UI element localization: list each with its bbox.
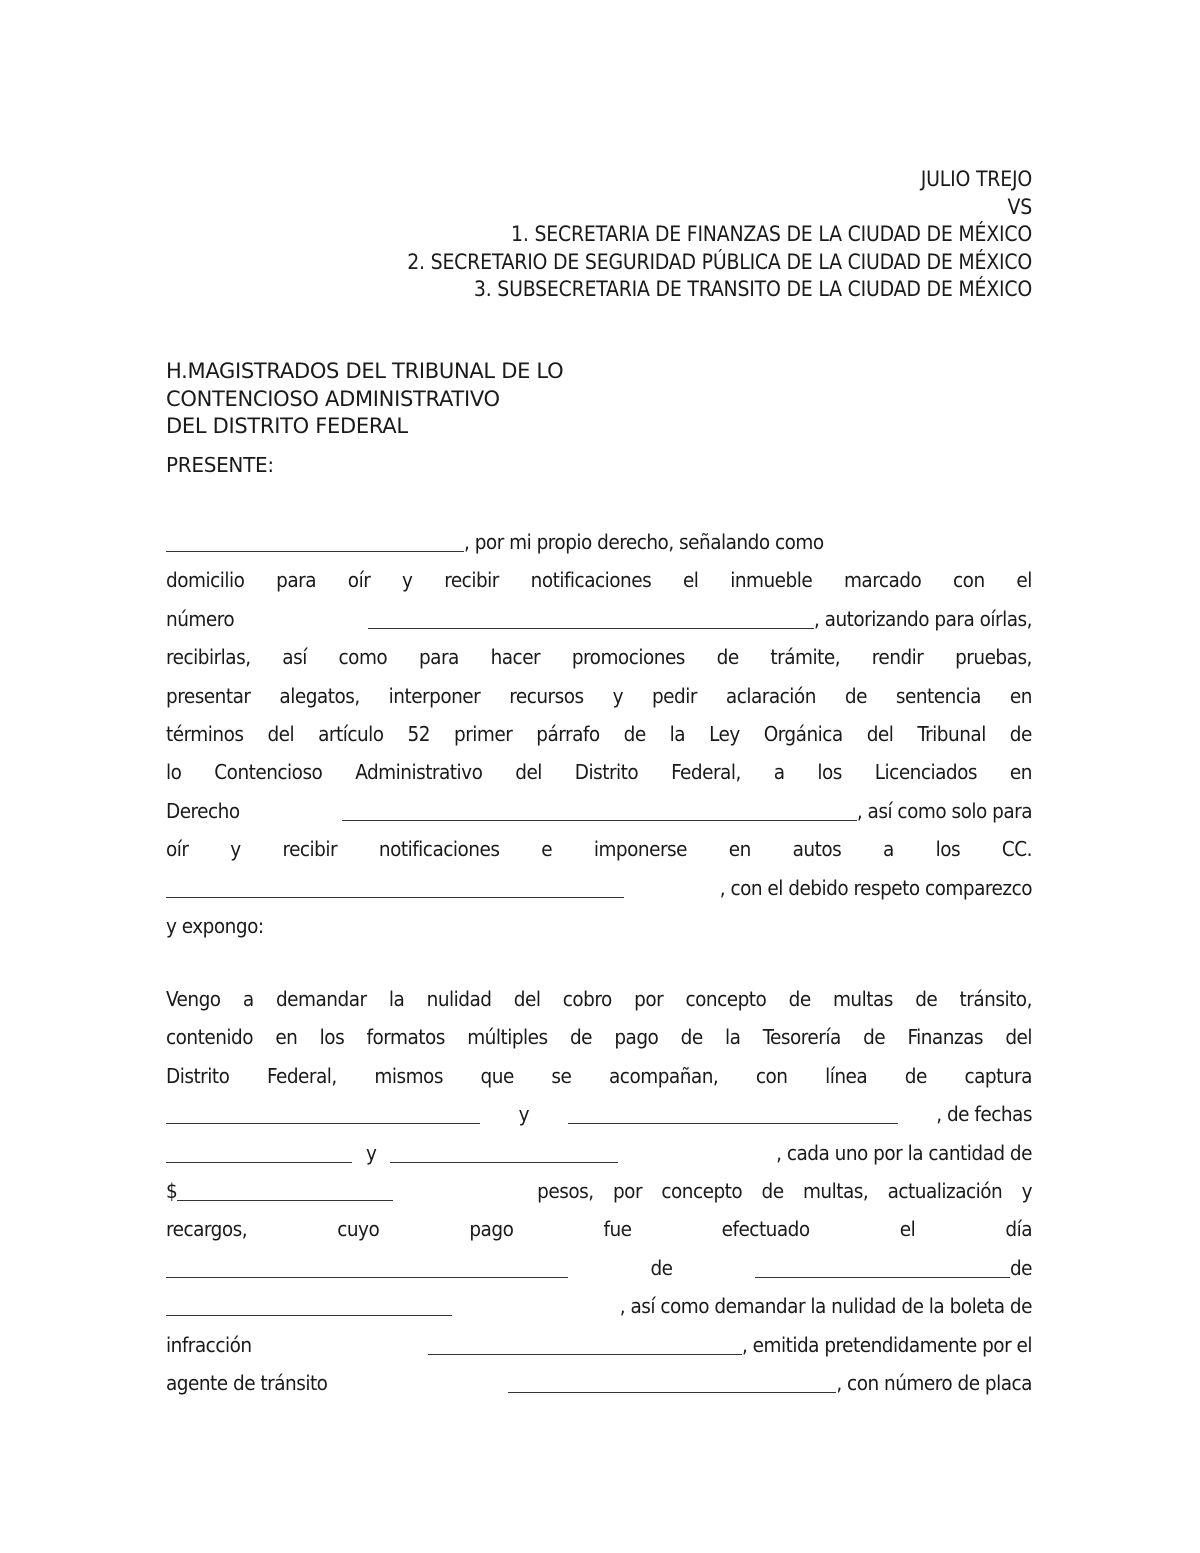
text-line: DistritoFederal,mismosqueseacompañan,con… [166, 1057, 1032, 1095]
word: Licenciados [875, 753, 977, 791]
word: tránsito, [960, 980, 1032, 1018]
word: en [1010, 677, 1032, 715]
text-line: y , de fechas [166, 1095, 1032, 1133]
word: pedir [652, 677, 697, 715]
word: interponer [389, 677, 481, 715]
word: fue [603, 1210, 631, 1248]
word: rendir [872, 638, 924, 676]
word: demandar [276, 980, 367, 1018]
text-line: Derecho , así como solo para [166, 792, 1032, 830]
word: lo [166, 753, 181, 791]
word: de [1010, 715, 1032, 753]
word: de [905, 1057, 927, 1095]
word: como [339, 638, 388, 676]
blank-field-address[interactable] [368, 627, 814, 629]
paragraph-claim: Vengoademandarlanulidaddelcobroporconcep… [166, 980, 1032, 1402]
word: de [863, 1018, 885, 1056]
word: marcado [844, 561, 921, 599]
addressee-block: H.MAGISTRADOS DEL TRIBUNAL DE LO CONTENC… [166, 358, 563, 441]
word: cobro [563, 980, 612, 1018]
word: pago [469, 1210, 513, 1248]
word: y [402, 561, 412, 599]
word: el [900, 1210, 915, 1248]
word: en [729, 830, 751, 868]
word: por [634, 980, 663, 1018]
versus-label: VS [407, 194, 1032, 222]
text-line: loContenciosoAdministrativodelDistritoFe… [166, 753, 1032, 791]
word: a [243, 980, 254, 1018]
word: pago [614, 1018, 658, 1056]
word: recibir [444, 561, 499, 599]
word: los [817, 753, 842, 791]
word: Tesorería [763, 1018, 841, 1056]
blank-field-authorized-persons[interactable] [166, 896, 624, 898]
blank-field-ticket-number[interactable] [428, 1353, 742, 1355]
word: concepto [685, 980, 766, 1018]
word: e [541, 830, 552, 868]
word: artículo [318, 715, 383, 753]
text-segment: de [650, 1249, 672, 1287]
text-segment: infracción [166, 1326, 252, 1364]
word: alegatos, [279, 677, 359, 715]
text-line: y , cada uno por la cantidad de [166, 1134, 1032, 1172]
text-line: contenidoenlosformatosmúltiplesdepagodel… [166, 1018, 1032, 1056]
text-line: domicilioparaoíryrecibirnotificacionesel… [166, 561, 1032, 599]
word: sentencia [896, 677, 981, 715]
word: con [953, 561, 985, 599]
text-segment: , así como solo para [857, 792, 1032, 830]
word: Administrativo [355, 753, 482, 791]
word: inmueble [730, 561, 812, 599]
word: la [389, 980, 404, 1018]
text-line: $ pesos, por concepto de multas, actuali… [166, 1172, 1032, 1210]
word: formatos [367, 1018, 445, 1056]
word: y [613, 677, 623, 715]
text-segment: agente de tránsito [166, 1364, 327, 1402]
word: de [845, 677, 867, 715]
text-line: términosdelartículo52primerpárrafodelaLe… [166, 715, 1032, 753]
word: Vengo [166, 980, 221, 1018]
text-line: y expongo: [166, 907, 1032, 945]
presente-label: PRESENTE: [166, 453, 274, 477]
word: pruebas, [955, 638, 1032, 676]
word: de [570, 1018, 592, 1056]
word: la [725, 1018, 740, 1056]
word: recursos [509, 677, 583, 715]
word: nulidad [427, 980, 492, 1018]
word: del [267, 715, 294, 753]
word: línea [825, 1057, 867, 1095]
blank-field-payment-month[interactable] [755, 1276, 1010, 1278]
defendant-2: 2. SECRETARIO DE SEGURIDAD PÚBLICA DE LA… [407, 249, 1032, 277]
word: aclaración [726, 677, 816, 715]
blank-field-amount[interactable] [177, 1199, 393, 1201]
text-line: , así como demandar la nulidad de la bol… [166, 1287, 1032, 1325]
defendant-3: 3. SUBSECRETARIA DE TRANSITO DE LA CIUDA… [407, 276, 1032, 304]
word: Distrito [166, 1057, 229, 1095]
word: los [320, 1018, 345, 1056]
word: a [883, 830, 894, 868]
word: a [774, 753, 785, 791]
word: recargos, [166, 1210, 247, 1248]
word: se [551, 1057, 571, 1095]
word: y [230, 830, 240, 868]
word: Federal, [671, 753, 741, 791]
word: recibir [282, 830, 337, 868]
word: para [276, 561, 316, 599]
word: promociones [572, 638, 685, 676]
text-line: recibirlas,asícomoparahacerpromocionesde… [166, 638, 1032, 676]
defendant-1: 1. SECRETARIA DE FINANZAS DE LA CIUDAD D… [407, 221, 1032, 249]
blank-field-lawyers[interactable] [342, 819, 857, 821]
word: los [936, 830, 961, 868]
text-line: recargos,cuyopagofueefectuadoeldía [166, 1210, 1032, 1248]
word: recibirlas, [166, 638, 251, 676]
word: Ley [709, 715, 740, 753]
word: primer [454, 715, 512, 753]
paragraph-appearance: , por mi propio derecho, señalando como … [166, 523, 1032, 945]
text-segment: de [1010, 1249, 1032, 1287]
text-segment: , de fechas [936, 1095, 1032, 1133]
word: de [624, 715, 646, 753]
word: notificaciones [531, 561, 652, 599]
word: del [514, 980, 541, 1018]
word: domicilio [166, 561, 244, 599]
word: autos [793, 830, 842, 868]
text-segment: , autorizando para oírlas, [814, 600, 1032, 638]
word: contenido [166, 1018, 253, 1056]
word: de [681, 1018, 703, 1056]
word: imponerse [594, 830, 687, 868]
word: en [275, 1018, 297, 1056]
word: presentar [166, 677, 250, 715]
word: términos [166, 715, 243, 753]
word: así [282, 638, 307, 676]
text-line: , por mi propio derecho, señalando como [166, 523, 1032, 561]
word: de [717, 638, 739, 676]
addressee-line: H.MAGISTRADOS DEL TRIBUNAL DE LO [166, 358, 563, 386]
addressee-line: DEL DISTRITO FEDERAL [166, 413, 563, 441]
word: el [683, 561, 698, 599]
word: hacer [491, 638, 541, 676]
word: Contencioso [214, 753, 322, 791]
text-line: , con el debido respeto comparezco [166, 869, 1032, 907]
word: Orgánica [764, 715, 843, 753]
word: la [670, 715, 685, 753]
word: oír [166, 830, 188, 868]
text-segment: , por mi propio derecho, señalando como [464, 523, 824, 561]
blank-field-agent-name[interactable] [508, 1391, 836, 1393]
word: en [1010, 753, 1032, 791]
text-segment: , cada uno por la cantidad de [776, 1134, 1032, 1172]
addressee-line: CONTENCIOSO ADMINISTRATIVO [166, 386, 563, 414]
blank-field-capture-line-2[interactable] [568, 1122, 898, 1124]
word: notificaciones [379, 830, 500, 868]
text-segment: y [366, 1134, 376, 1172]
word: captura [964, 1057, 1031, 1095]
word: el [1016, 561, 1031, 599]
blank-field-date-2[interactable] [390, 1161, 618, 1163]
word: del [867, 715, 894, 753]
word: del [1005, 1018, 1032, 1056]
plaintiff-name: JULIO TREJO [407, 166, 1032, 194]
word: trámite, [770, 638, 840, 676]
word: Tribunal [917, 715, 985, 753]
text-line: presentaralegatos,interponerrecursosyped… [166, 677, 1032, 715]
word: multas [833, 980, 893, 1018]
word: de [789, 980, 811, 1018]
word: 52 [408, 715, 430, 753]
word: de [915, 980, 937, 1018]
word: Distrito [575, 753, 638, 791]
blank-field-payment-day[interactable] [166, 1276, 568, 1278]
word: cuyo [337, 1210, 379, 1248]
blank-field-date-1[interactable] [166, 1161, 352, 1163]
word: día [1005, 1210, 1032, 1248]
dollar-sign: $ [166, 1172, 177, 1210]
text-line: de de [166, 1249, 1032, 1287]
word: Federal, [267, 1057, 337, 1095]
text-line: Vengoademandarlanulidaddelcobroporconcep… [166, 980, 1032, 1018]
blank-field-name[interactable] [166, 550, 464, 552]
word: acompañan, [609, 1057, 718, 1095]
text-segment: Derecho [166, 792, 240, 830]
text-line: oíryrecibirnotificacioneseimponerseenaut… [166, 830, 1032, 868]
word: con [756, 1057, 788, 1095]
text-segment: pesos, por concepto de multas, actualiza… [537, 1172, 1032, 1210]
word: del [515, 753, 542, 791]
blank-field-capture-line-1[interactable] [166, 1122, 480, 1124]
text-segment: , emitida pretendidamente por el [742, 1326, 1032, 1364]
text-segment: número [166, 600, 234, 638]
word: párrafo [536, 715, 599, 753]
word: Finanzas [907, 1018, 983, 1056]
word: múltiples [467, 1018, 547, 1056]
text-segment: , con el debido respeto comparezco [720, 869, 1032, 907]
blank-field-payment-year[interactable] [166, 1314, 452, 1316]
text-line: agente de tránsito , con número de placa [166, 1364, 1032, 1402]
text-segment: , así como demandar la nulidad de la bol… [620, 1287, 1032, 1325]
text-segment: y [519, 1095, 529, 1133]
text-segment: , con número de placa [836, 1364, 1032, 1402]
word: que [481, 1057, 514, 1095]
word: mismos [374, 1057, 443, 1095]
word: oír [348, 561, 370, 599]
text-line: infracción , emitida pretendidamente por… [166, 1326, 1032, 1364]
word: CC. [1002, 830, 1032, 868]
case-parties-header: JULIO TREJO VS 1. SECRETARIA DE FINANZAS… [407, 166, 1032, 304]
text-line: número , autorizando para oírlas, [166, 600, 1032, 638]
word: efectuado [722, 1210, 810, 1248]
word: para [419, 638, 459, 676]
